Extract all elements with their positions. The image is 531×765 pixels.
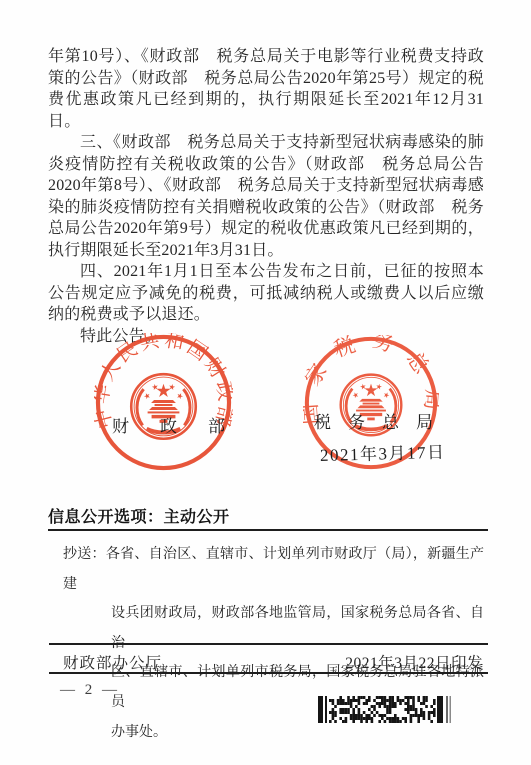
paragraph-item-four: 四、2021年1月1日至本公告发布之日前，已征的按照本公告规定应予减免的税费，可…: [48, 261, 484, 326]
svg-text:国家税务总局: 国家税务总局: [303, 335, 439, 425]
divider-rule-bottom: [49, 672, 488, 674]
cc-line: 抄送：各省、自治区、直辖市、计划单列市财政厅（局），新疆生产建: [63, 540, 484, 599]
issuing-office: 财政部办公厅: [63, 651, 162, 673]
mof-official-seal: 中华人民共和国财政部: [94, 333, 233, 472]
sta-signer-name: 税务总局: [314, 414, 450, 431]
cc-line: 设兵团财政局，财政部各地监管局，国家税务总局各省、自治: [111, 599, 484, 658]
barcode: [318, 696, 452, 723]
seal-date: 2021年3月17日: [320, 444, 446, 464]
sta-seal-ring-text: 国家税务总局: [303, 335, 439, 425]
divider-rule-top: [48, 529, 488, 531]
print-date: 2021年3月22日印发: [345, 651, 483, 673]
document-page: 年第10号）、《财政部 税务总局关于电影等行业税费支持政策的公告》（财政部 税务…: [0, 0, 531, 765]
divider-rule-middle: [49, 643, 488, 645]
issuer-row: 财政部办公厅 2021年3月22日印发: [63, 651, 483, 671]
barcode-graphic: [318, 696, 452, 723]
disclosure-option-line: 信息公开选项：主动公开: [48, 504, 230, 527]
announcement-body: 年第10号）、《财政部 税务总局关于电影等行业税费支持政策的公告》（财政部 税务…: [48, 46, 484, 347]
mof-seal-graphic: 中华人民共和国财政部: [94, 333, 233, 472]
paragraph-item-three: 三、《财政部 税务总局关于支持新型冠状病毒感染的肺炎疫情防控有关税收政策的公告》…: [48, 132, 484, 261]
paragraph-continued: 年第10号）、《财政部 税务总局关于电影等行业税费支持政策的公告》（财政部 税务…: [48, 46, 484, 132]
page-number: — 2 —: [60, 682, 120, 699]
mof-signer-name: 财政部: [112, 418, 256, 435]
